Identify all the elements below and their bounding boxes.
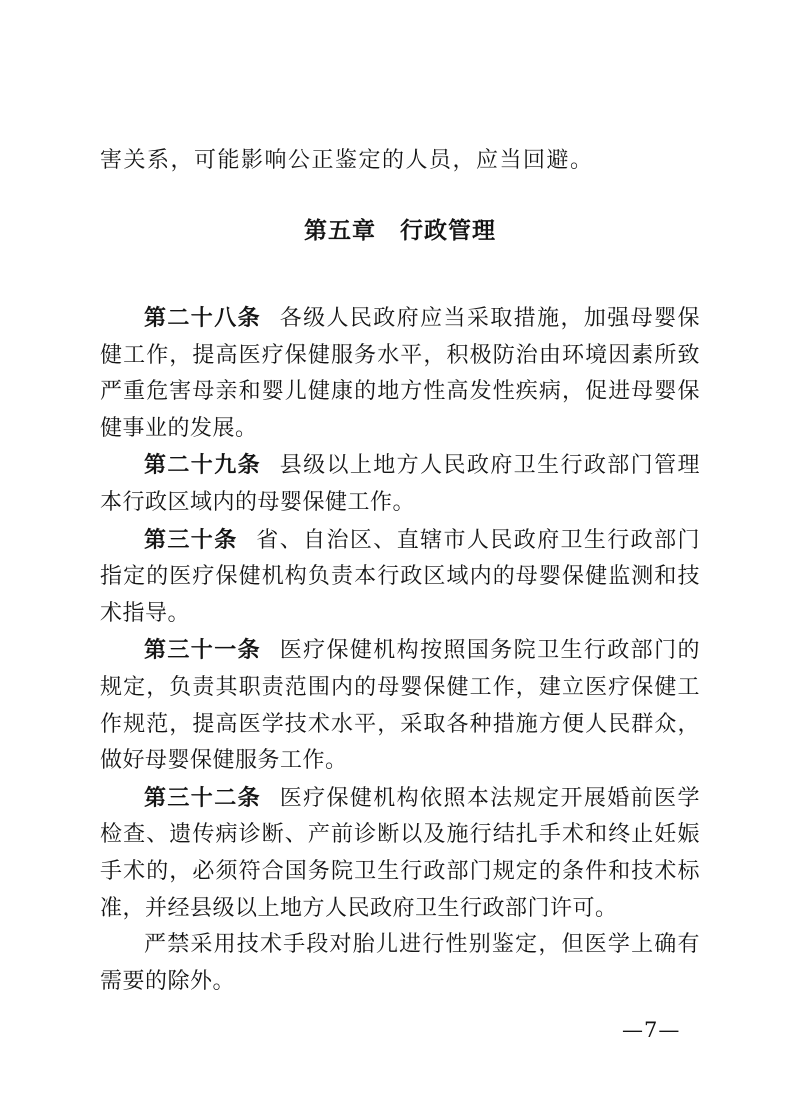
- article-32-paragraph-2: 严禁采用技术手段对胎儿进行性别鉴定，但医学上确有需要的除外。: [100, 927, 700, 1000]
- chapter-heading: 第五章 行政管理: [100, 216, 700, 246]
- article-32-paragraph: 第三十二条医疗保健机构依照本法规定开展婚前医学检查、遗传病诊断、产前诊断以及施行…: [100, 780, 700, 927]
- article-32-number: 第三十二条: [144, 785, 280, 811]
- article-31-number: 第三十一条: [144, 637, 280, 663]
- article-29-number: 第二十九条: [144, 452, 280, 478]
- page-number: —7—: [622, 1018, 680, 1042]
- article-29-paragraph: 第二十九条县级以上地方人民政府卫生行政部门管理本行政区域内的母婴保健工作。: [100, 447, 700, 521]
- article-28-paragraph: 第二十八条各级人民政府应当采取措施，加强母婴保健工作，提高医疗保健服务水平，积极…: [100, 300, 700, 447]
- continuation-paragraph: 害关系，可能影响公正鉴定的人员，应当回避。: [100, 142, 700, 179]
- article-28-number: 第二十八条: [144, 305, 280, 331]
- article-31-paragraph: 第三十一条医疗保健机构按照国务院卫生行政部门的规定，负责其职责范围内的母婴保健工…: [100, 632, 700, 779]
- article-30-number: 第三十条: [144, 527, 256, 553]
- document-page: 害关系，可能影响公正鉴定的人员，应当回避。 第五章 行政管理 第二十八条各级人民…: [0, 0, 790, 1118]
- article-30-paragraph: 第三十条省、自治区、直辖市人民政府卫生行政部门指定的医疗保健机构负责本行政区域内…: [100, 522, 700, 633]
- body-text: 第二十八条各级人民政府应当采取措施，加强母婴保健工作，提高医疗保健服务水平，积极…: [100, 300, 700, 1000]
